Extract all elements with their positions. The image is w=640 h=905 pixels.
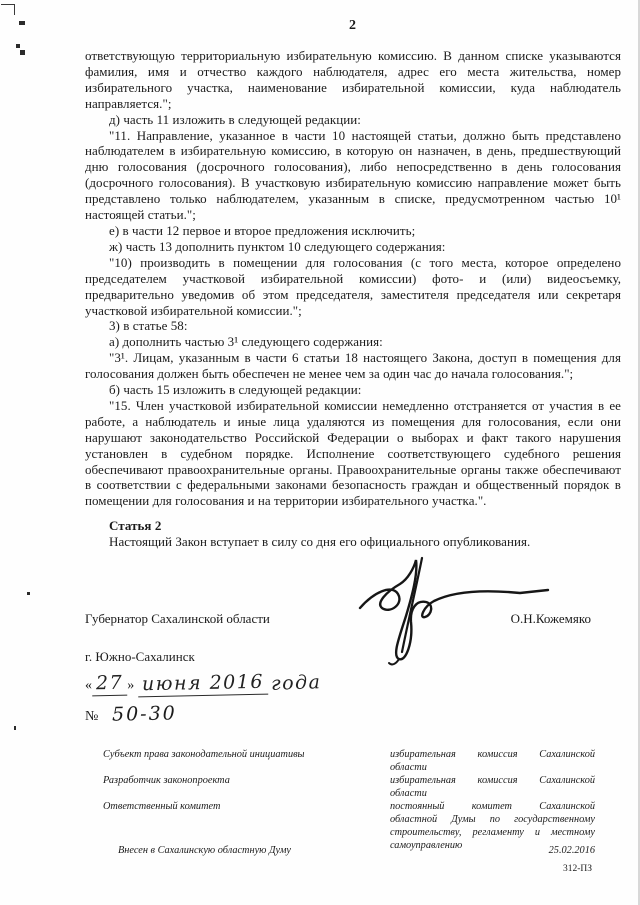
scan-artifact (20, 50, 25, 55)
city-line: г. Южно-Сахалинск (85, 649, 195, 665)
submitted-label: Внесен в Сахалинскую областную Думу (118, 845, 291, 856)
footer-row-label: Субъект права законодательной инициативы (103, 748, 390, 774)
submitted-row: Внесен в Сахалинскую областную Думу 25.0… (118, 845, 595, 856)
footer-row-value: избирательная комиссия Сахалинской облас… (390, 774, 595, 800)
scan-corner-mark (1, 4, 15, 15)
body-paragraph: б) часть 15 изложить в следующей редакци… (85, 382, 621, 398)
body-paragraph: ж) часть 13 дополнить пунктом 10 следующ… (85, 239, 621, 255)
document-page: 2 ответствующую территориальную избирате… (0, 0, 640, 905)
close-quote: » (127, 678, 134, 693)
scan-artifact (16, 44, 20, 48)
body-paragraph: 3) в статье 58: (85, 318, 621, 334)
doc-code: 312-ПЗ (563, 864, 592, 874)
body-paragraph: "3¹. Лицам, указанным в части 6 статьи 1… (85, 350, 621, 382)
footer-row-value: избирательная комиссия Сахалинской облас… (390, 748, 595, 774)
governor-title: Губернатор Сахалинской области (85, 611, 270, 627)
registration-number-line: №50-30 (85, 703, 177, 725)
article-2-text: Настоящий Закон вступает в силу со дня е… (85, 534, 621, 550)
handwritten-number: 50-30 (112, 702, 177, 725)
body-paragraph: е) в части 12 первое и второе предложени… (85, 223, 621, 239)
scan-artifact (27, 592, 30, 595)
body-paragraph: д) часть 11 изложить в следующей редакци… (85, 112, 621, 128)
document-body: ответствующую территориальную избиратель… (85, 48, 621, 550)
body-paragraph: а) дополнить частью 3¹ следующего содерж… (85, 334, 621, 350)
signer-name: О.Н.Кожемяко (511, 611, 591, 627)
article-2-heading: Статья 2 (85, 518, 621, 534)
body-paragraph: "10) производить в помещении для голосов… (85, 255, 621, 319)
body-paragraph: "15. Член участковой избирательной комис… (85, 398, 621, 509)
handwritten-day: 27 (92, 672, 128, 697)
handwritten-year-word: года (271, 671, 322, 695)
scan-artifact (19, 21, 25, 25)
page-number: 2 (85, 18, 620, 34)
footer-row-label: Разработчик законопроекта (103, 774, 390, 800)
footer-credits-table: Субъект права законодательной инициативы… (103, 748, 595, 852)
body-paragraph: "11. Направление, указанное в части 10 н… (85, 128, 621, 223)
submitted-date: 25.02.2016 (549, 845, 595, 856)
scan-artifact (14, 726, 16, 730)
signing-date-line: «27» июня 2016 года (85, 672, 322, 696)
handwritten-month-year: июня 2016 (137, 671, 267, 698)
body-paragraph: ответствующую территориальную избиратель… (85, 48, 621, 112)
number-label: № (85, 709, 98, 724)
